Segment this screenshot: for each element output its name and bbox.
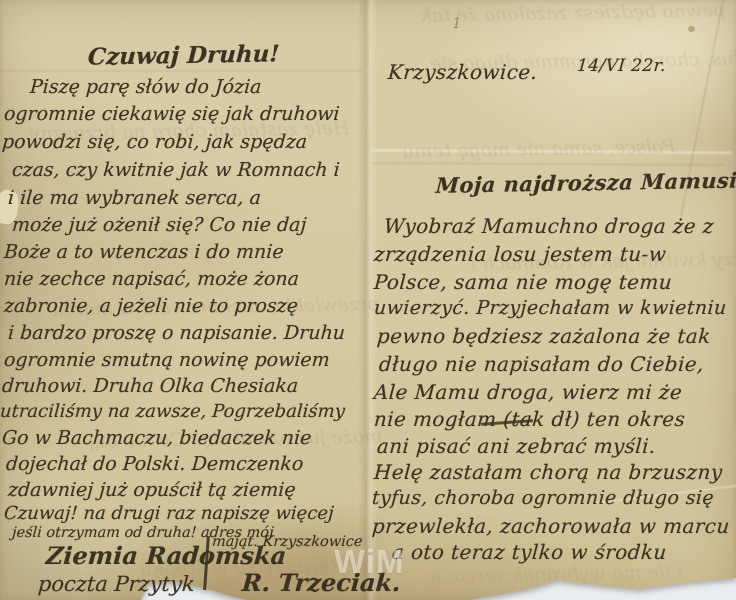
handwritten-line: zrządzenia losu jestem tu-w [373, 242, 667, 266]
handwritten-line: zabronie, a jeżeli nie to proszę [3, 295, 299, 317]
handwritten-line: ogromnie ciekawię się jak druhowi [3, 103, 340, 125]
handwritten-line: i ile ma wybranek serca, a [7, 187, 262, 209]
handwritten-line: Polsce, sama nie mogę temu [373, 270, 673, 294]
watermark: WiM [334, 543, 405, 581]
left-page-salutation: Czuwaj Druhu! [87, 40, 280, 70]
handwritten-line: przewlekła, zachorowała w marcu [371, 514, 730, 538]
handwritten-line: czas, czy kwitnie jak w Romnach i [11, 159, 340, 181]
handwritten-line: Go w Bachmaczu, biedaczek nie [1, 427, 312, 449]
stain-spot [688, 26, 695, 32]
address-post: poczta Przytyk [37, 572, 195, 596]
handwritten-line: nie zechce napisać, może żona [3, 268, 300, 290]
handwritten-line: ogromnie smutną nowinę powiem [3, 349, 330, 371]
date-line: 14/VI 22r. [576, 56, 666, 76]
handwritten-line: uwierzyć. Przyjechałam w kwietniu [373, 297, 727, 319]
handwritten-line: a oto teraz tylko w środku [391, 540, 667, 564]
handwritten-line: pewno będziesz zażalona że tak [376, 324, 711, 348]
right-page-salutation: Moja najdroższa Mamusiu! [435, 167, 736, 198]
handwritten-line: Czuwaj! na drugi raz napiszę więcej [3, 503, 334, 524]
handwritten-line: zdawniej już opuścił tą ziemię [7, 479, 296, 501]
page-number-mark: 1 [452, 14, 462, 32]
handwritten-line: utraciliśmy na zawsze, Pogrzebaliśmy [0, 401, 346, 422]
handwritten-line: ani pisać ani zebrać myśli. [376, 434, 656, 458]
handwritten-line: długo nie napisałam do Ciebie, [378, 352, 705, 376]
handwritten-line: i bardzo proszę o napisanie. Druhu [7, 322, 346, 344]
handwritten-line: tyfus, choroba ogromnie długo się [371, 487, 715, 509]
handwritten-line: Helę zastałam chorą na brzuszny [373, 460, 723, 484]
handwritten-line: druhowi. Druha Olka Chesiaka [1, 375, 299, 397]
handwritten-line: dojechał do Polski. Demczenko [5, 453, 304, 475]
handwritten-line: Piszę parę słów do Józia [29, 76, 262, 98]
handwritten-line: Wyobraź Mamuchno droga że z [383, 214, 714, 238]
crease-line [0, 70, 362, 72]
handwritten-line: Boże a to wtenczas i do mnie [3, 241, 284, 263]
handwritten-line: powodzi się, co robi, jak spędza [1, 131, 308, 153]
handwritten-line: może już ożenił się? Co nie daj [11, 214, 307, 236]
handwritten-line: Ale Mamu droga, wierz mi że [373, 380, 683, 404]
bleed-through-text: i ile ma wybranek serca, a [430, 561, 683, 587]
letter-scan: pewno będziesz zażalona że tak tyfus, ch… [0, 0, 736, 600]
place-line: Krzyszkowice. [387, 60, 538, 84]
